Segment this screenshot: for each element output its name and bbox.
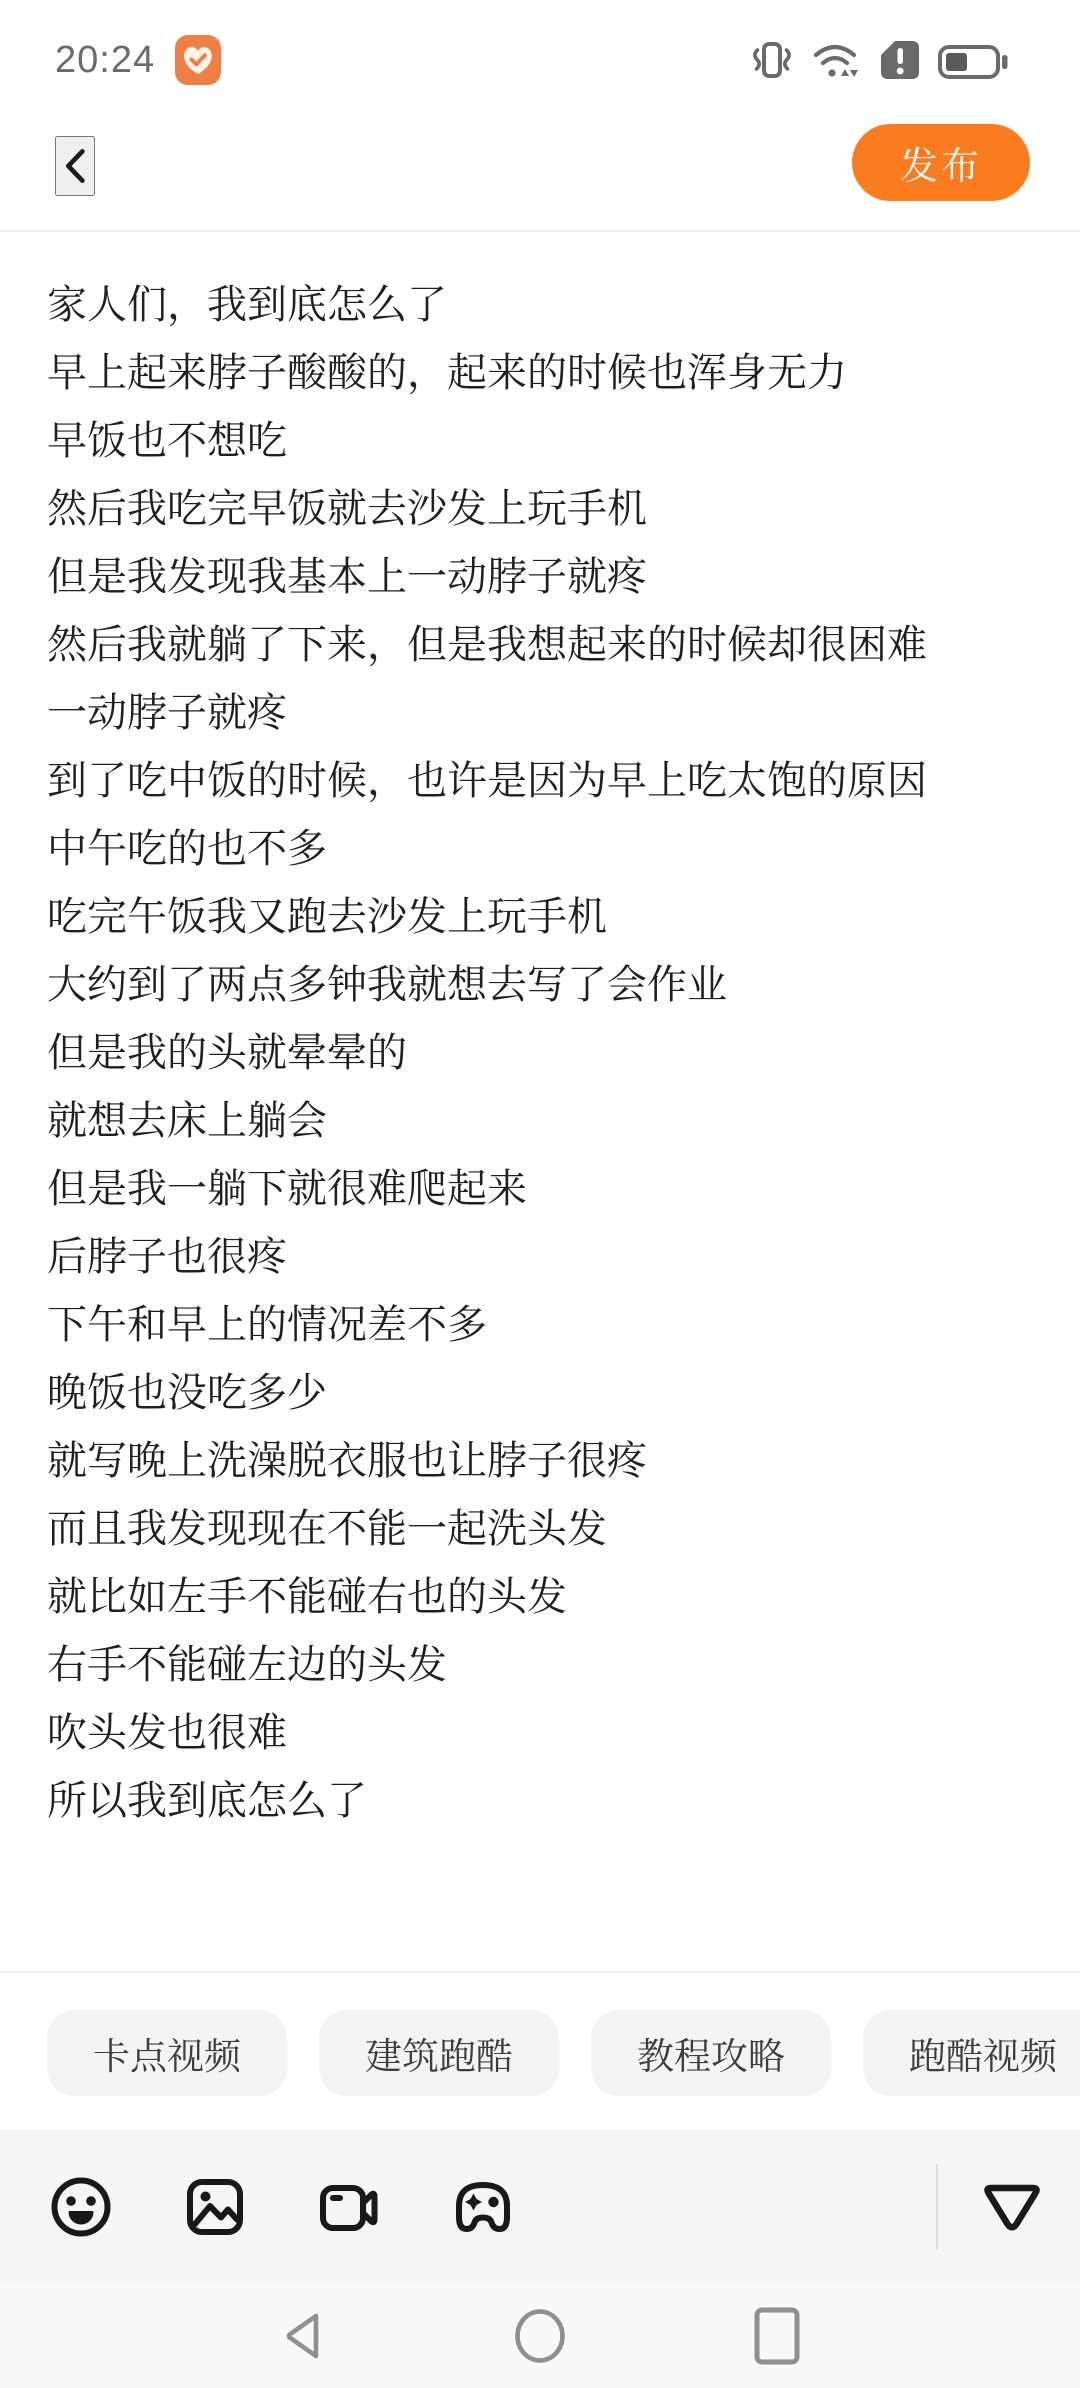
battery-icon <box>938 41 1010 83</box>
tag-chip-label: 建筑跑酷 <box>365 2026 513 2080</box>
composer-toolbar <box>0 2130 1080 2283</box>
post-line: 所以我到底怎么了 <box>47 1767 1050 1835</box>
collapse-keyboard-icon[interactable] <box>982 2180 1042 2234</box>
emoji-icon[interactable] <box>48 2174 114 2240</box>
post-line: 右手不能碰左边的头发 <box>47 1631 1050 1699</box>
android-navbar <box>0 2283 1080 2388</box>
post-line: 家人们，我到底怎么了 <box>47 271 1050 339</box>
tag-row: 卡点视频建筑跑酷教程攻略跑酷视频 <box>47 2010 1080 2096</box>
post-line: 然后我吃完早饭就去沙发上玩手机 <box>47 475 1050 543</box>
post-line: 就比如左手不能碰右也的头发 <box>47 1563 1050 1631</box>
recents-square-icon[interactable] <box>754 2307 800 2365</box>
post-line: 就想去床上躺会 <box>47 1087 1050 1155</box>
sim-alert-icon <box>879 37 921 83</box>
game-controller-icon[interactable] <box>450 2174 516 2240</box>
post-line: 一动脖子就疼 <box>47 679 1050 747</box>
publish-button[interactable]: 发布 <box>852 124 1030 201</box>
content-divider <box>0 1971 1080 1973</box>
post-line: 但是我一躺下就很难爬起来 <box>47 1155 1050 1223</box>
tag-chip[interactable]: 建筑跑酷 <box>319 2010 559 2096</box>
wifi-icon <box>812 39 862 83</box>
status-bar: 20:24 <box>0 0 1080 110</box>
post-line: 早饭也不想吃 <box>47 407 1050 475</box>
post-line: 中午吃的也不多 <box>47 815 1050 883</box>
image-icon[interactable] <box>182 2174 248 2240</box>
tag-chip[interactable]: 跑酷视频 <box>863 2010 1080 2096</box>
video-camera-icon[interactable] <box>316 2174 382 2240</box>
post-line: 但是我发现我基本上一动脖子就疼 <box>47 543 1050 611</box>
composer-header: 发布 <box>0 110 1080 232</box>
post-line: 晚饭也没吃多少 <box>47 1359 1050 1427</box>
toolbar-divider <box>936 2164 938 2249</box>
post-line: 大约到了两点多钟我就想去写了会作业 <box>47 951 1050 1019</box>
back-button[interactable] <box>55 136 95 196</box>
post-line: 早上起来脖子酸酸的，起来的时候也浑身无力 <box>47 339 1050 407</box>
vibrate-icon <box>749 37 795 83</box>
heart-check-app-icon <box>175 35 221 85</box>
publish-button-label: 发布 <box>900 135 982 190</box>
post-line: 下午和早上的情况差不多 <box>47 1291 1050 1359</box>
post-line: 但是我的头就晕晕的 <box>47 1019 1050 1087</box>
tag-chip[interactable]: 教程攻略 <box>591 2010 831 2096</box>
clock-text: 20:24 <box>55 39 155 82</box>
post-text[interactable]: 家人们，我到底怎么了早上起来脖子酸酸的，起来的时候也浑身无力早饭也不想吃然后我吃… <box>0 232 1080 1971</box>
post-line: 后脖子也很疼 <box>47 1223 1050 1291</box>
post-line: 吹头发也很难 <box>47 1699 1050 1767</box>
tag-chip-label: 跑酷视频 <box>909 2026 1057 2080</box>
tag-chip[interactable]: 卡点视频 <box>47 2010 287 2096</box>
back-triangle-icon[interactable] <box>280 2309 326 2363</box>
tag-chip-label: 卡点视频 <box>93 2026 241 2080</box>
post-line: 而且我发现现在不能一起洗头发 <box>47 1495 1050 1563</box>
tag-chip-label: 教程攻略 <box>637 2026 785 2080</box>
post-line: 然后我就躺了下来，但是我想起来的时候却很困难 <box>47 611 1050 679</box>
post-line: 到了吃中饭的时候，也许是因为早上吃太饱的原因 <box>47 747 1050 815</box>
post-line: 吃完午饭我又跑去沙发上玩手机 <box>47 883 1050 951</box>
home-circle-icon[interactable] <box>512 2308 568 2364</box>
post-line: 就写晚上洗澡脱衣服也让脖子很疼 <box>47 1427 1050 1495</box>
